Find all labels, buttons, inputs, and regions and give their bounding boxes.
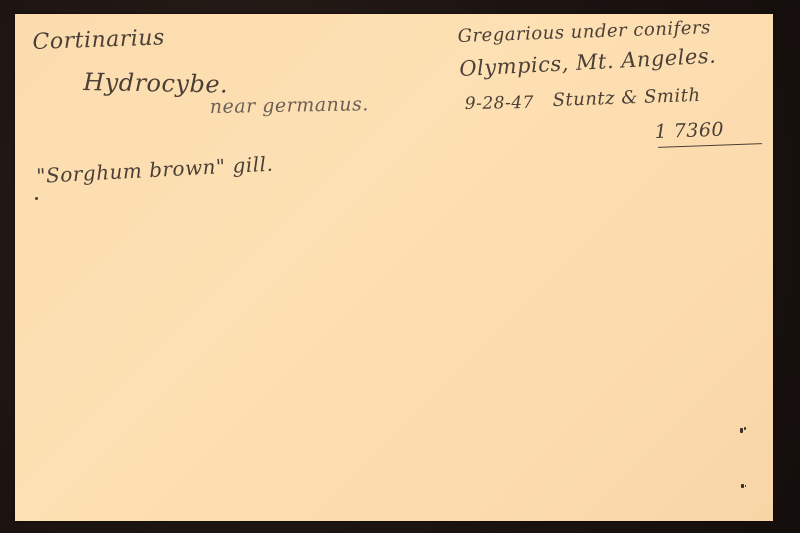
stray-ink-dot	[35, 197, 38, 200]
pin-mark	[745, 485, 746, 487]
pin-mark	[741, 484, 744, 488]
subgenus-name: Hydrocybe.	[83, 68, 228, 99]
gill-color-note: "Sorghum brown" gill.	[36, 152, 274, 188]
genus-name: Cortinarius	[32, 25, 165, 55]
collectors-names: Stuntz & Smith	[552, 85, 701, 111]
collection-date: 9-28-47	[465, 93, 534, 114]
locality-note: Olympics, Mt. Angeles.	[459, 44, 717, 81]
species-note: near germanus.	[210, 93, 369, 118]
herbarium-label-card: Cortinarius Hydrocybe. near germanus. "S…	[15, 14, 773, 521]
pin-mark	[740, 428, 743, 433]
habitat-note: Gregarious under conifers	[457, 17, 711, 47]
collection-number-underline	[658, 143, 762, 148]
collection-number: 1 7360	[654, 119, 724, 143]
pin-mark	[744, 427, 746, 430]
